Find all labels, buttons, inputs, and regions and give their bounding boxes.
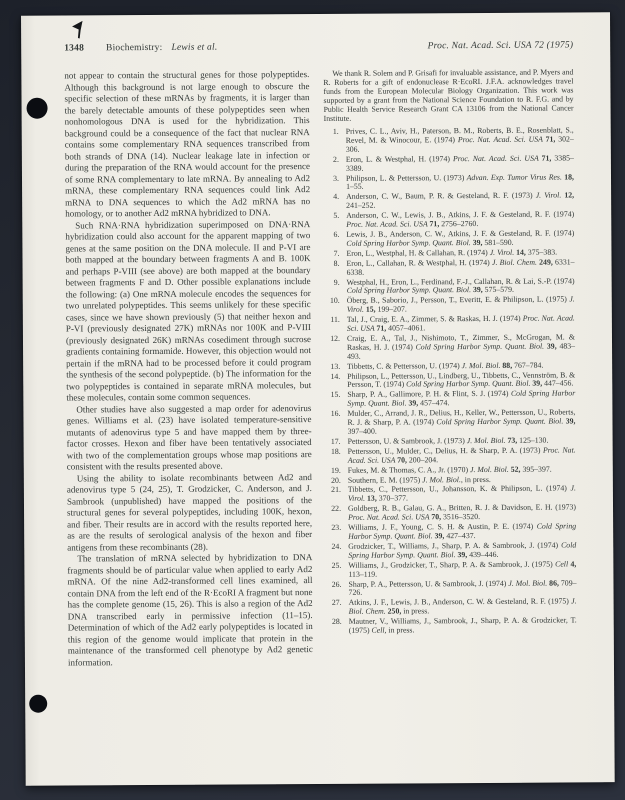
reference-text: Philipson, L. & Pettersson, U. (1973) Ad… bbox=[346, 173, 574, 192]
section-title: Biochemistry: bbox=[106, 43, 162, 53]
reference-item: 1.Prives, C. L., Aviv, H., Paterson, B. … bbox=[324, 126, 574, 154]
reference-text: Philipson, L., Pettersson, U., Lindberg,… bbox=[347, 371, 575, 390]
reference-text: Eron, L., Callahan, R. & Westphal, H. (1… bbox=[347, 258, 575, 277]
reference-number: 3. bbox=[324, 174, 339, 192]
reference-text: Anderson, C. W., Lewis, J. B., Atkins, J… bbox=[346, 211, 574, 230]
reference-text: Westphal, H., Eron, L., Ferdinand, F.-J.… bbox=[347, 277, 575, 296]
reference-number: 25. bbox=[326, 562, 341, 580]
reference-item: 27.Atkins, J. F., Lewis, J. B., Anderson… bbox=[327, 598, 577, 617]
reference-item: 24.Grodzicker, T., Williams, J., Sharp, … bbox=[326, 541, 576, 560]
reference-item: 12.Craig, E. A., Tal, J., Nishimoto, T.,… bbox=[325, 333, 575, 361]
body-paragraph: The translation of mRNA selected by hybr… bbox=[67, 552, 313, 668]
reference-number: 16. bbox=[325, 410, 340, 437]
reference-text: Mulder, C., Arrand, J. R., Delius, H., K… bbox=[347, 409, 575, 437]
reference-number: 21. bbox=[326, 486, 341, 504]
reference-text: Öberg, B., Saborio, J., Persson, T., Eve… bbox=[347, 296, 575, 315]
reference-number: 8. bbox=[325, 260, 340, 278]
reference-number: 4. bbox=[324, 193, 339, 211]
reference-text: Sharp, P. A., Gallimore, P. H. & Flint, … bbox=[347, 390, 575, 409]
reference-number: 9. bbox=[325, 278, 340, 296]
reference-item: 21.Tibbetts, C., Pettersson, U., Johanss… bbox=[326, 485, 576, 504]
reference-item: 10.Öberg, B., Saborio, J., Persson, T., … bbox=[325, 296, 575, 315]
ink-corner-mark bbox=[69, 19, 85, 41]
reference-number: 28. bbox=[327, 618, 342, 636]
reference-item: 23.Williams, J. F., Young, C. S. H. & Au… bbox=[326, 522, 576, 541]
reference-list: 1.Prives, C. L., Aviv, H., Paterson, B. … bbox=[324, 126, 577, 635]
scanned-journal-page: 1348 Biochemistry: Lewis et al. Proc. Na… bbox=[21, 12, 615, 786]
reference-item: 28.Mautner, V., Williams, J., Sambrook, … bbox=[327, 617, 577, 636]
punch-hole-bottom bbox=[29, 695, 47, 713]
reference-item: 14.Philipson, L., Pettersson, U., Lindbe… bbox=[325, 371, 575, 390]
body-paragraph: Using the ability to isolate recombinant… bbox=[67, 472, 312, 554]
reference-text: Grodzicker, T., Williams, J., Sharp, P. … bbox=[348, 541, 576, 560]
reference-number: 14. bbox=[325, 372, 340, 390]
page-content: 1348 Biochemistry: Lewis et al. Proc. Na… bbox=[64, 40, 577, 668]
reference-text: Craig, E. A., Tal, J., Nishimoto, T., Zi… bbox=[347, 333, 575, 361]
reference-number: 7. bbox=[324, 250, 339, 259]
reference-text: Goldberg, R. B., Galau, G. A., Britten, … bbox=[348, 504, 576, 523]
reference-number: 15. bbox=[325, 391, 340, 409]
reference-item: 9.Westphal, H., Eron, L., Ferdinand, F.-… bbox=[325, 277, 575, 296]
left-column: not appear to contain the structural gen… bbox=[64, 69, 313, 668]
reference-number: 20. bbox=[326, 476, 341, 485]
reference-text: Mautner, V., Williams, J., Sambrook, J.,… bbox=[349, 617, 577, 636]
reference-item: 8.Eron, L., Callahan, R. & Westphal, H. … bbox=[325, 258, 575, 277]
reference-item: 16.Mulder, C., Arrand, J. R., Delius, H.… bbox=[325, 409, 575, 437]
journal-citation: Proc. Nat. Acad. Sci. USA 72 (1975) bbox=[428, 40, 574, 51]
page-number: 1348 bbox=[64, 43, 84, 53]
reference-number: 12. bbox=[325, 335, 340, 362]
reference-item: 3.Philipson, L. & Pettersson, U. (1973) … bbox=[324, 173, 574, 192]
reference-number: 19. bbox=[326, 466, 341, 475]
reference-item: 15.Sharp, P. A., Gallimore, P. H. & Flin… bbox=[325, 390, 575, 409]
reference-text: Eron, L. & Westphal, H. (1974) Proc. Nat… bbox=[346, 154, 574, 173]
reference-text: Pettersson, U., Mulder, C., Delius, H. &… bbox=[348, 446, 576, 465]
running-head: 1348 Biochemistry: Lewis et al. Proc. Na… bbox=[64, 40, 573, 53]
running-authors: Lewis et al. bbox=[171, 43, 217, 53]
reference-text: Williams, J. F., Young, C. S. H. & Austi… bbox=[348, 522, 576, 541]
reference-text: Sharp, P. A., Pettersson, U. & Sambrook,… bbox=[348, 579, 576, 598]
reference-text: Lewis, J. B., Anderson, C. W., Atkins, J… bbox=[346, 229, 574, 248]
reference-number: 11. bbox=[325, 316, 340, 334]
reference-text: Tibbetts, C., Pettersson, U., Johansson,… bbox=[348, 485, 576, 504]
reference-text: Williams, J., Grodzicker, T., Sharp, P. … bbox=[348, 560, 576, 579]
reference-item: 4.Anderson, C. W., Baum, P. R. & Gestela… bbox=[324, 192, 574, 211]
reference-item: 11.Tal, J., Craig, E. A., Zimmer, S. & R… bbox=[325, 315, 575, 334]
reference-number: 5. bbox=[324, 212, 339, 230]
reference-number: 1. bbox=[324, 128, 339, 155]
reference-number: 6. bbox=[324, 231, 339, 249]
reference-item: 2.Eron, L. & Westphal, H. (1974) Proc. N… bbox=[324, 154, 574, 173]
reference-item: 18.Pettersson, U., Mulder, C., Delius, H… bbox=[326, 446, 576, 465]
reference-number: 2. bbox=[324, 156, 339, 174]
two-column-body: not appear to contain the structural gen… bbox=[64, 67, 577, 668]
right-column: We thank R. Solem and P. Grisafi for inv… bbox=[323, 67, 577, 667]
acknowledgment: We thank R. Solem and P. Grisafi for inv… bbox=[323, 67, 573, 123]
reference-item: 6.Lewis, J. B., Anderson, C. W., Atkins,… bbox=[324, 229, 574, 248]
reference-number: 10. bbox=[325, 297, 340, 315]
reference-number: 26. bbox=[326, 580, 341, 598]
reference-text: Atkins, J. F., Lewis, J. B., Anderson, C… bbox=[349, 598, 577, 617]
reference-item: 5.Anderson, C. W., Lewis, J. B., Atkins,… bbox=[324, 211, 574, 230]
reference-text: Prives, C. L., Aviv, H., Paterson, B. M.… bbox=[346, 126, 574, 154]
body-paragraph: Other studies have also suggested a map … bbox=[66, 403, 311, 473]
punch-hole-top bbox=[27, 98, 48, 119]
reference-number: 13. bbox=[325, 363, 340, 372]
body-paragraph: Such RNA·RNA hybridization superimposed … bbox=[65, 219, 311, 404]
reference-text: Anderson, C. W., Baum, P. R. & Gesteland… bbox=[346, 192, 574, 211]
reference-item: 22.Goldberg, R. B., Galau, G. A., Britte… bbox=[326, 504, 576, 523]
reference-number: 22. bbox=[326, 505, 341, 523]
reference-number: 23. bbox=[326, 524, 341, 542]
reference-item: 25.Williams, J., Grodzicker, T., Sharp, … bbox=[326, 560, 576, 579]
reference-number: 27. bbox=[327, 599, 342, 617]
reference-number: 18. bbox=[326, 448, 341, 466]
reference-number: 17. bbox=[326, 438, 341, 447]
reference-number: 24. bbox=[326, 543, 341, 561]
body-paragraph: not appear to contain the structural gen… bbox=[64, 69, 310, 220]
reference-text: Tal, J., Craig, E. A., Zimmer, S. & Rask… bbox=[347, 315, 575, 334]
reference-item: 26.Sharp, P. A., Pettersson, U. & Sambro… bbox=[326, 579, 576, 598]
